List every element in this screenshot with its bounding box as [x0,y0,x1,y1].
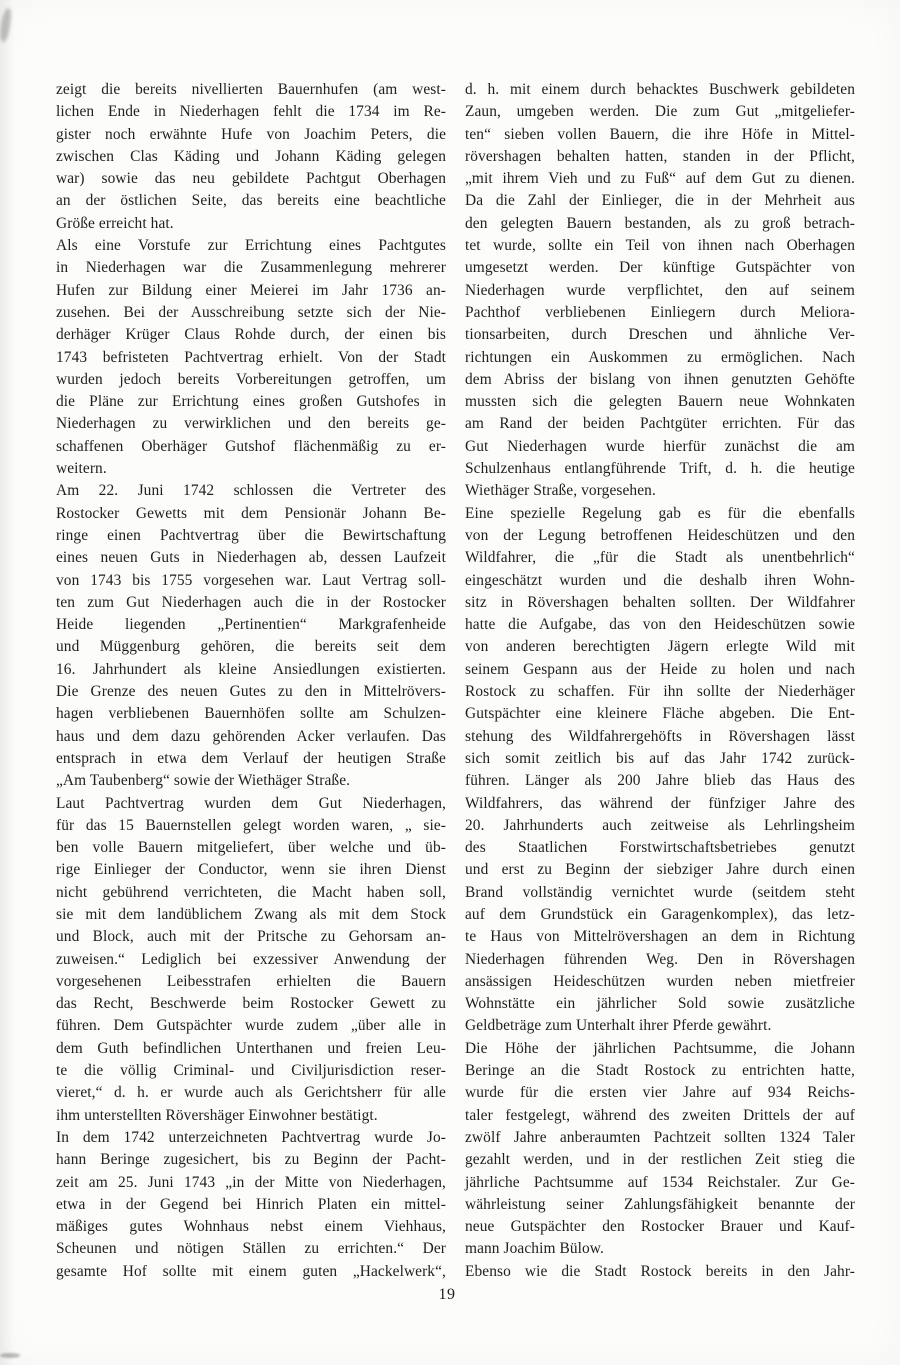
text-line: zuweisen.“ Lediglich bei exzessiver Anwe… [56,949,446,971]
text-line: vorgesehenen Leibesstrafen erhielten die… [56,971,446,993]
text-line: die Pläne zur Errichtung eines großen Gu… [56,391,446,413]
text-line: ihm unterstellten Rövershäger Einwohner … [56,1105,446,1127]
text-line: zwischen Clas Käding und Johann Käding g… [56,146,446,168]
text-line: Da die Zahl der Einlieger, die in der Me… [465,190,855,212]
text-line: führen. Länger als 200 Jahre blieb das H… [465,770,855,792]
text-line: lichen Ende in Niederhagen fehlt die 173… [56,101,446,123]
text-line: Niederhagen zu verwirklichen und den ber… [56,413,446,435]
text-line: d. h. mit einem durch behacktes Buschwer… [465,79,855,101]
text-line: hagen verbliebenen Bauernhöfen sollte am… [56,703,446,725]
text-line: neue Gutspächter den Rostocker Brauer un… [465,1216,855,1238]
text-line: Als eine Vorstufe zur Errichtung eines P… [56,235,446,257]
text-line: eines neuen Guts in Niederhagen ab, dess… [56,547,446,569]
text-line: rövershagen behalten hatten, standen in … [465,146,855,168]
text-line: Ebenso wie die Stadt Rostock bereits in … [465,1261,855,1283]
text-line: gister noch erwähnte Hufe von Joachim Pe… [56,124,446,146]
text-line: umgesetzt werden. Der künftige Gutspächt… [465,257,855,279]
text-line: in Niederhagen war die Zusammenlegung me… [56,257,446,279]
text-line: am Rand der beiden Pachtgüter errichten.… [465,413,855,435]
text-line: Wildfahrer, die „für die Stadt als unent… [465,547,855,569]
text-line: ansässigen Heideschützen wurden neben mi… [465,971,855,993]
text-line: 20. Jahrhunderts auch zeitweise als Lehr… [465,815,855,837]
text-line: Die Höhe der jährlichen Pachtsumme, die … [465,1038,855,1060]
text-line: etwa in der Gegend bei Hinrich Platen ei… [56,1194,446,1216]
text-line: führen. Dem Gutspächter wurde zudem „übe… [56,1015,446,1037]
text-line: Schulzenhaus entlangführende Trift, d. h… [465,458,855,480]
text-line: Niederhagen wurde verpflichtet, den auf … [465,280,855,302]
text-line: Beringe an die Stadt Rostock zu entricht… [465,1060,855,1082]
text-line: hann Beringe zugesichert, bis zu Beginn … [56,1149,446,1171]
text-line: Am 22. Juni 1742 schlossen die Vertreter… [56,480,446,502]
text-line: Pachthof verbliebenen Einliegern durch M… [465,302,855,324]
text-line: Brand vollständig vernichtet wurde (seit… [465,882,855,904]
text-line: 1743 befristeten Pachtvertrag erhielt. V… [56,347,446,369]
text-line: sitz in Rövershagen behalten sollten. De… [465,592,855,614]
text-line: Eine spezielle Regelung gab es für die e… [465,503,855,525]
text-line: Wildfahrers, das während der fünfziger J… [465,793,855,815]
text-line: derhäger Krüger Claus Rohde durch, der e… [56,324,446,346]
text-line: richtungen ein Auskommen zu ermöglichen.… [465,347,855,369]
text-line: te die völlig Criminal- und Civiljurisdi… [56,1060,446,1082]
text-line: war) sowie das neu gebildete Pachtgut Ob… [56,168,446,190]
text-line: zwölf Jahre anberaumten Pachtzeit sollte… [465,1127,855,1149]
text-line: und erst zu Beginn der siebziger Jahre d… [465,859,855,881]
text-line: Rostock zu schaffen. Für ihn sollte der … [465,681,855,703]
text-line: gesamte Hof sollte mit einem guten „Hack… [56,1261,446,1283]
text-line: von anderen berechtigten Jägern erlegte … [465,636,855,658]
text-line: tionsarbeiten, durch Dreschen und ähnlic… [465,324,855,346]
text-line: von 1743 bis 1755 vorgesehen war. Laut V… [56,570,446,592]
scan-artifact-bottom-left [0,1353,20,1358]
text-line: währleistung seiner Zahlungsfähigkeit be… [465,1194,855,1216]
text-line: jährliche Pachtsumme auf 1534 Reichstale… [465,1172,855,1194]
text-line: dem Abriss der bislang von ihnen genutzt… [465,369,855,391]
text-line: Rostocker Gewetts mit dem Pensionär Joha… [56,503,446,525]
text-line: ten zum Gut Niederhagen auch die in der … [56,592,446,614]
text-line: Scheunen und nötigen Ställen zu errichte… [56,1238,446,1260]
text-line: Wohnstätte ein jährlicher Sold sowie zus… [465,993,855,1015]
text-line: sich somit zeitlich bis auf das Jahr 174… [465,748,855,770]
text-line: entsprach in etwa dem Verlauf der heutig… [56,748,446,770]
text-line: wurden jedoch bereits Vorbereitungen get… [56,369,446,391]
text-line: dem Guth befindlichen Unterthanen und fr… [56,1038,446,1060]
text-line: seinem Gespann aus der Heide zu holen un… [465,659,855,681]
text-line: Niederhagen führenden Weg. Den in Rövers… [465,949,855,971]
text-line: vieret,“ d. h. er wurde auch als Gericht… [56,1082,446,1104]
scanned-book-page: zeigt die bereits nivellierten Bauernhuf… [0,0,900,1365]
text-line: Gut Niederhagen wurde hierfür zunächst d… [465,436,855,458]
text-line: ringe einen Pachtvertrag über die Bewirt… [56,525,446,547]
text-line: das Recht, Beschwerde beim Rostocker Gew… [56,993,446,1015]
text-line: gezahlt werden, und in der restlichen Ze… [465,1149,855,1171]
text-line: mann Joachim Bülow. [465,1238,855,1260]
text-line: ben volle Bauern mitgeliefert, über welc… [56,837,446,859]
text-line: zeit am 25. Juni 1743 „in der Mitte von … [56,1172,446,1194]
scan-edge-shadow [0,0,14,1365]
text-line: an der östlichen Seite, das bereits eine… [56,190,446,212]
text-line: auf dem Grundstück ein Garagenkomplex), … [465,904,855,926]
text-line: haus und dem dazu gehörenden Acker verla… [56,726,446,748]
text-line: 16. Jahrhundert als kleine Ansiedlungen … [56,659,446,681]
text-line: nicht gebührend verrichteten, die Macht … [56,882,446,904]
text-line: wurde für die ersten vier Jahre auf 934 … [465,1082,855,1104]
text-line: Laut Pachtvertrag wurden dem Gut Niederh… [56,793,446,815]
text-line: tet wurde, sollte ein Teil von ihnen nac… [465,235,855,257]
text-line: Zaun, umgeben werden. Die zum Gut „mitge… [465,101,855,123]
text-line: Wiethäger Straße, vorgesehen. [465,480,855,502]
text-line: stehung des Wildfahrergehöfts in Röversh… [465,726,855,748]
text-line: zeigt die bereits nivellierten Bauernhuf… [56,79,446,101]
text-line: ten“ sieben vollen Bauern, die ihre Höfe… [465,124,855,146]
text-line: mäßiges gutes Wohnhaus nebst einem Viehh… [56,1216,446,1238]
text-line: und Müggenburg gehören, die bereits seit… [56,636,446,658]
text-line: In dem 1742 unterzeichneten Pachtvertrag… [56,1127,446,1149]
text-line: weitern. [56,458,446,480]
text-line: Die Grenze des neuen Gutes zu den in Mit… [56,681,446,703]
text-line: „mit ihrem Vieh und zu Fuß“ auf dem Gut … [465,168,855,190]
text-column-left: zeigt die bereits nivellierten Bauernhuf… [56,79,446,1283]
text-line: Hufen zur Bildung einer Meierei im Jahr … [56,280,446,302]
text-line: Heide liegenden „Pertinentien“ Markgrafe… [56,614,446,636]
text-line: sie mit dem landüblichem Zwang als mit d… [56,904,446,926]
text-line: Größe erreicht hat. [56,213,446,235]
text-line: eingeschätzt wurden und die deshalb ihre… [465,570,855,592]
text-line: Gutspächter eine kleinere Fläche abgeben… [465,703,855,725]
text-line: von der Legung betroffenen Heideschützen… [465,525,855,547]
text-column-right: d. h. mit einem durch behacktes Buschwer… [465,79,855,1283]
text-line: schaffenen Oberhäger Gutshof flächenmäßi… [56,436,446,458]
text-line: taler festgelegt, während des zweiten Dr… [465,1105,855,1127]
text-line: den gelegten Bauern bestanden, als zu gr… [465,213,855,235]
page-number: 19 [0,1286,894,1304]
text-line: zusehen. Bei der Ausschreibung setzte si… [56,302,446,324]
text-line: te Haus von Mittelrövershagen an dem in … [465,926,855,948]
text-line: des Staatlichen Forstwirtschaftsbetriebe… [465,837,855,859]
text-line: „Am Taubenberg“ sowie der Wiethäger Stra… [56,770,446,792]
text-line: und Block, auch mit der Pritsche zu Geho… [56,926,446,948]
text-line: mussten sich die gelegten Bauern neue Wo… [465,391,855,413]
text-line: hatte die Aufgabe, das von den Heideschü… [465,614,855,636]
text-line: Geldbeträge zum Unterhalt ihrer Pferde g… [465,1015,855,1037]
text-line: rige Einlieger der Conductor, wenn sie i… [56,859,446,881]
text-line: für das 15 Bauernstellen gelegt worden w… [56,815,446,837]
